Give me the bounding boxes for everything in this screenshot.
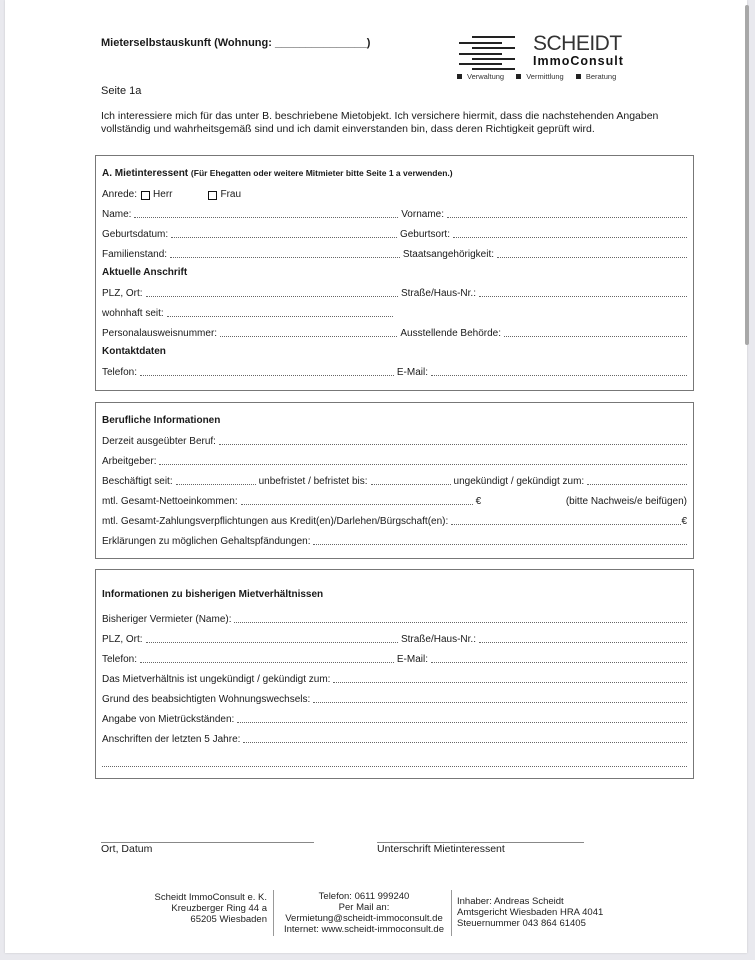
footer-company: Scheidt ImmoConsult e. K. Kreuzberger Ri… bbox=[130, 892, 267, 925]
befristet-bis-field[interactable] bbox=[371, 474, 451, 485]
rent-telefon-field[interactable] bbox=[140, 652, 394, 663]
beruf-field[interactable] bbox=[219, 434, 687, 445]
section-a-heading: A. Mietinteressent (Für Ehegatten oder w… bbox=[102, 168, 453, 179]
square-bullet-icon bbox=[457, 74, 462, 79]
pfaendungen-row: Erklärungen zu möglichen Gehaltspfändung… bbox=[102, 533, 687, 547]
rent-address-row: PLZ, Ort: Straße/Haus-Nr.: bbox=[102, 631, 687, 645]
rent-heading: Informationen zu bisherigen Mietverhältn… bbox=[102, 589, 323, 600]
netto-row: mtl. Gesamt-Nettoeinkommen: € (bitte Nac… bbox=[102, 493, 687, 507]
beschaeftigt-seit-field[interactable] bbox=[176, 474, 256, 485]
ausweis-field[interactable] bbox=[220, 326, 397, 337]
birth-row: Geburtsdatum: Geburtsort: bbox=[102, 226, 687, 240]
intro-text: Ich interessiere mich für das unter B. b… bbox=[101, 110, 691, 136]
behoerde-field[interactable] bbox=[504, 326, 687, 337]
verpflichtungen-field[interactable] bbox=[451, 514, 681, 525]
staatsangehoerigkeit-field[interactable] bbox=[497, 247, 687, 258]
address-row: PLZ, Ort: Straße/Haus-Nr.: bbox=[102, 285, 687, 299]
footer-legal: Inhaber: Andreas Scheidt Amtsgericht Wie… bbox=[457, 896, 637, 929]
wohnhaft-field[interactable] bbox=[167, 306, 393, 317]
page-label: Seite 1a bbox=[101, 85, 141, 97]
anschriften-extra-field[interactable] bbox=[102, 756, 687, 767]
anschriften-extra-row bbox=[102, 755, 687, 769]
logo-tags: Verwaltung Vermittlung Beratung bbox=[457, 72, 626, 81]
frau-checkbox[interactable] bbox=[208, 191, 217, 200]
verpflichtungen-row: mtl. Gesamt-Zahlungsverpflichtungen aus … bbox=[102, 513, 687, 527]
beschaeftigung-row: Beschäftigt seit: unbefristet / befriste… bbox=[102, 473, 687, 487]
anschriften-field[interactable] bbox=[243, 732, 687, 743]
telefon-field[interactable] bbox=[140, 365, 394, 376]
logo-name: SCHEIDT bbox=[533, 32, 622, 56]
ausweis-row: Personalausweisnummer: Ausstellende Behö… bbox=[102, 325, 687, 339]
arbeitgeber-field[interactable] bbox=[159, 454, 687, 465]
footer-divider bbox=[451, 890, 452, 936]
pfaendungen-field[interactable] bbox=[313, 534, 687, 545]
contact-heading: Kontaktdaten bbox=[102, 346, 166, 357]
rueckstaende-field[interactable] bbox=[237, 712, 687, 723]
section-mietinteressent: A. Mietinteressent (Für Ehegatten oder w… bbox=[95, 155, 694, 391]
name-field[interactable] bbox=[134, 207, 398, 218]
logo-subtitle: ImmoConsult bbox=[533, 54, 624, 68]
name-row: Name: Vorname: bbox=[102, 206, 687, 220]
address-heading: Aktuelle Anschrift bbox=[102, 267, 187, 278]
rent-strasse-field[interactable] bbox=[479, 632, 687, 643]
vertical-scrollbar[interactable] bbox=[745, 5, 749, 345]
arbeitgeber-row: Arbeitgeber: bbox=[102, 453, 687, 467]
vorname-field[interactable] bbox=[447, 207, 687, 218]
section-berufliche-informationen: Berufliche Informationen Derzeit ausgeüb… bbox=[95, 402, 694, 559]
contact-row: Telefon: E-Mail: bbox=[102, 364, 687, 378]
herr-checkbox[interactable] bbox=[141, 191, 150, 200]
grund-field[interactable] bbox=[313, 692, 687, 703]
rent-email-field[interactable] bbox=[431, 652, 687, 663]
gekuendigt-zum-field[interactable] bbox=[587, 474, 687, 485]
rueckstaende-row: Angabe von Mietrückständen: bbox=[102, 711, 687, 725]
grund-row: Grund des beabsichtigten Wohnungswechsel… bbox=[102, 691, 687, 705]
anrede-row: Anrede: Herr Frau bbox=[102, 186, 687, 200]
square-bullet-icon bbox=[516, 74, 521, 79]
nettoeinkommen-field[interactable] bbox=[241, 494, 473, 505]
beruf-row: Derzeit ausgeübter Beruf: bbox=[102, 433, 687, 447]
rent-status-field[interactable] bbox=[333, 672, 687, 683]
place-date-label: Ort, Datum bbox=[101, 843, 152, 855]
square-bullet-icon bbox=[576, 74, 581, 79]
status-row: Familienstand: Staatsangehörigkeit: bbox=[102, 246, 687, 260]
strasse-field[interactable] bbox=[479, 286, 687, 297]
rent-plz-ort-field[interactable] bbox=[146, 632, 398, 643]
company-logo: SCHEIDT ImmoConsult Verwaltung Vermittlu… bbox=[457, 34, 632, 84]
familienstand-field[interactable] bbox=[170, 247, 400, 258]
geburtsdatum-field[interactable] bbox=[171, 227, 397, 238]
vermieter-row: Bisheriger Vermieter (Name): bbox=[102, 611, 687, 625]
section-bisherige-mietverhaeltnisse: Informationen zu bisherigen Mietverhältn… bbox=[95, 569, 694, 779]
wohnhaft-row: wohnhaft seit: bbox=[102, 305, 393, 319]
plz-ort-field[interactable] bbox=[146, 286, 398, 297]
email-field[interactable] bbox=[431, 365, 687, 376]
rent-status-row: Das Mietverhältnis ist ungekündigt / gek… bbox=[102, 671, 687, 685]
geburtsort-field[interactable] bbox=[453, 227, 687, 238]
signature-label: Unterschrift Mietinteressent bbox=[377, 843, 505, 855]
footer-contact: Telefon: 0611 999240 Per Mail an: Vermie… bbox=[274, 891, 454, 935]
job-heading: Berufliche Informationen bbox=[102, 415, 220, 426]
vermieter-field[interactable] bbox=[234, 612, 687, 623]
form-title: Mieterselbstauskunft (Wohnung: _________… bbox=[101, 37, 370, 49]
nachweis-note: (bitte Nachweis/e beifügen) bbox=[566, 496, 687, 507]
anschriften-row: Anschriften der letzten 5 Jahre: bbox=[102, 731, 687, 745]
rent-contact-row: Telefon: E-Mail: bbox=[102, 651, 687, 665]
